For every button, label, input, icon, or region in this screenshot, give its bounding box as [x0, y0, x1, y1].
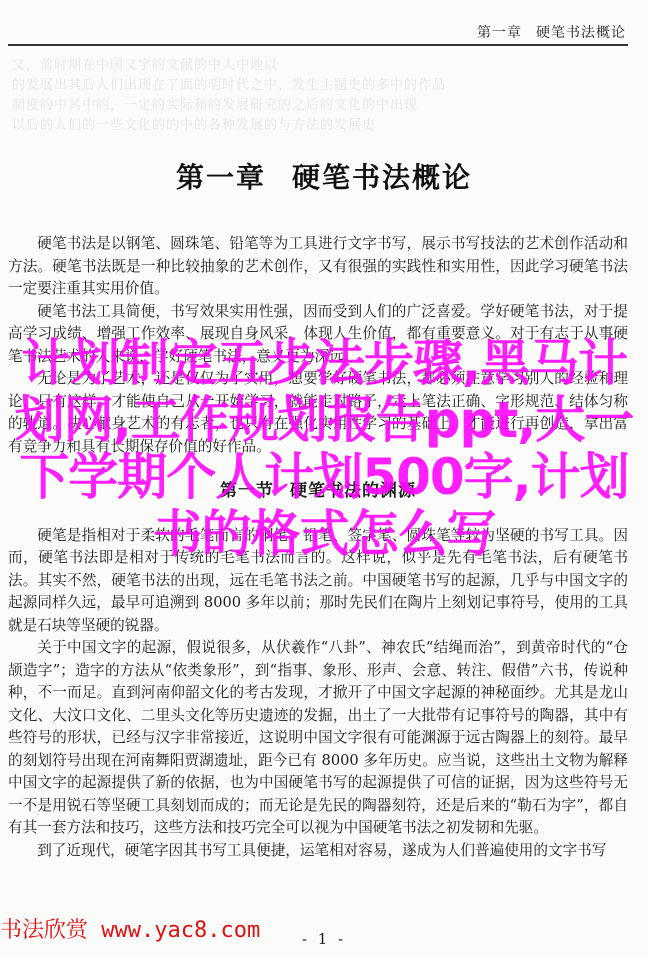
scanned-book-page: 第一章硬笔书法概论 文，前时期在中国文字的文献的中人中地以 的发展出其后人们出现…	[0, 0, 648, 957]
bleed-through-text: 文，前时期在中国文字的文献的中人中地以 的发展出其后人们出现在了面的明时代之中，…	[12, 56, 628, 136]
paragraph: 硬笔书法是以钢笔、圆珠笔、铅笔等为工具进行文字书写，展示书写技法的艺术创作活动和…	[8, 233, 628, 301]
page-number: - 1 -	[0, 930, 648, 948]
running-header: 第一章硬笔书法概论	[0, 22, 626, 42]
running-header-chapter: 第一章	[477, 25, 522, 41]
chapter-name: 硬笔书法概论	[292, 161, 472, 194]
overlay-title: 计划制定五步法步骤,黑马计划网,工作规划报告ppt,大一下学期个人计划500字,…	[4, 335, 644, 563]
chapter-number: 第一章	[176, 161, 266, 194]
running-header-title: 硬笔书法概论	[536, 25, 626, 41]
chapter-title: 第一章硬笔书法概论	[0, 156, 648, 196]
paragraph: 关于中国文字的起源，假说很多，从伏羲作“八卦”、神农氏“结绳而治”，到黄帝时代的…	[8, 637, 628, 840]
header-rule	[8, 44, 628, 46]
paragraph: 到了近现代，硬笔字因其书写工具便捷，运笔相对容易，遂成为人们普遍使用的文字书写	[8, 840, 628, 863]
